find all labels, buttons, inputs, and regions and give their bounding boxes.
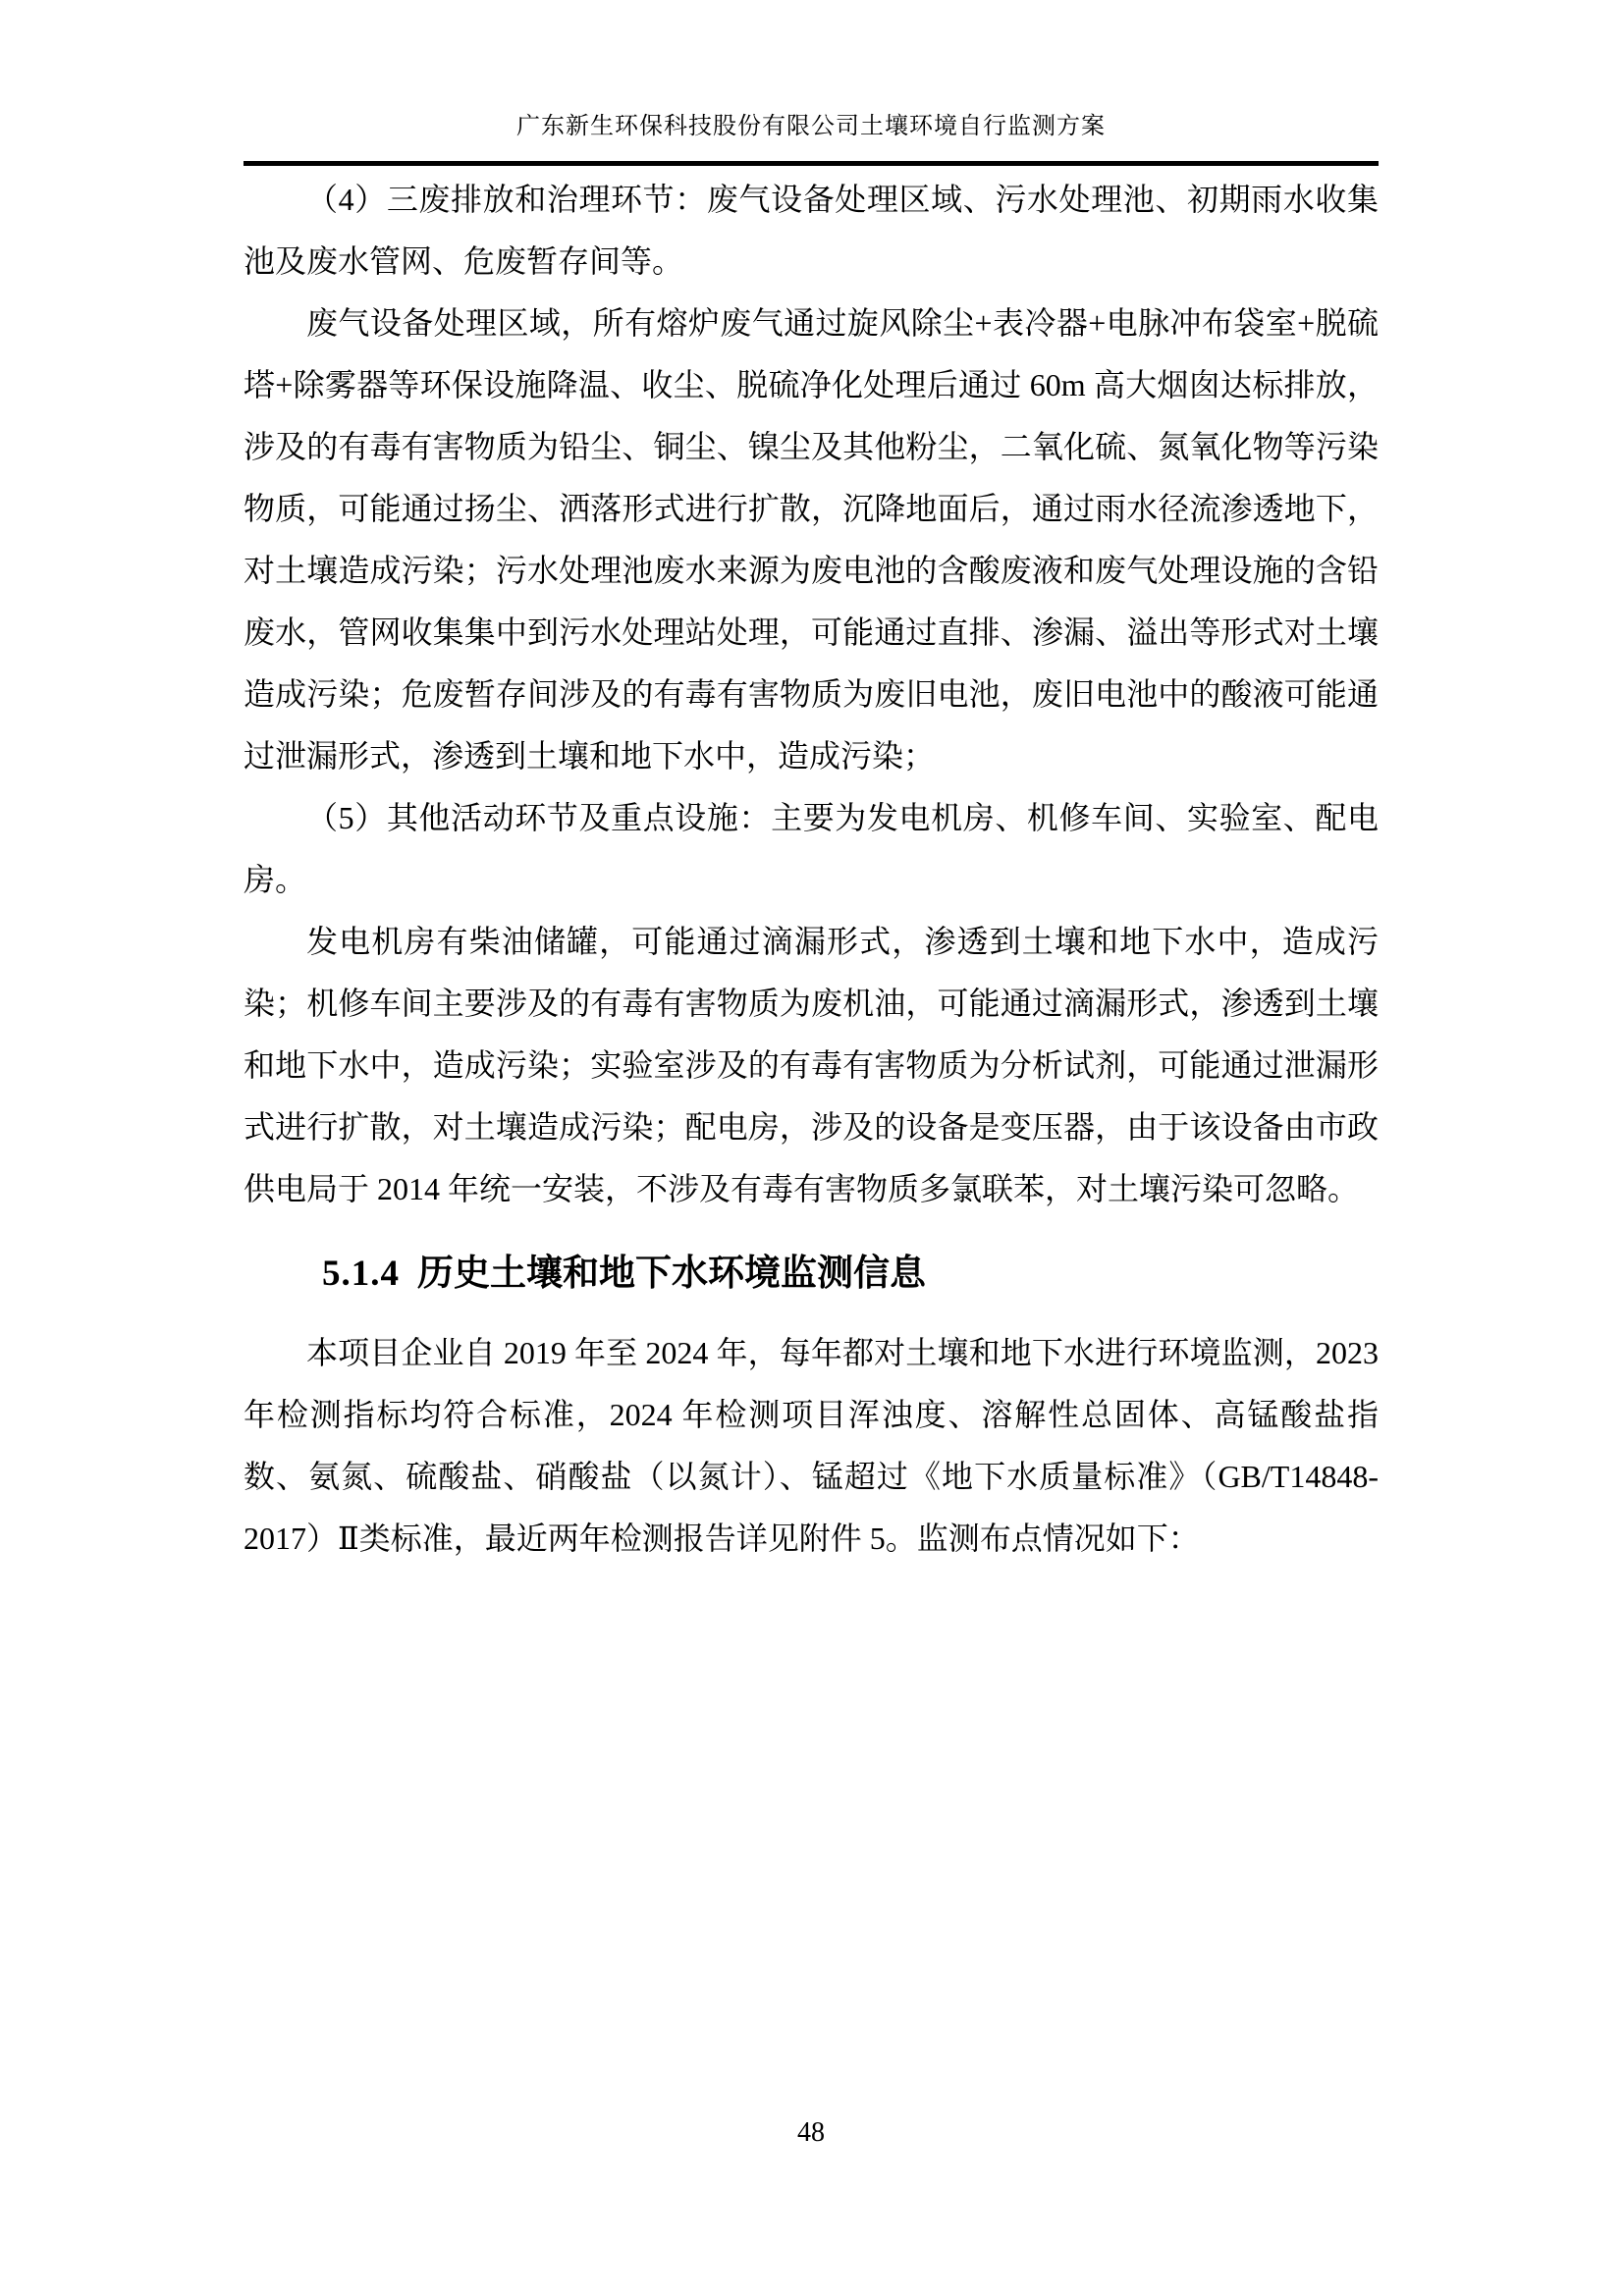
section-number: 5.1.4 [322, 1254, 400, 1294]
section-title: 历史土壤和地下水环境监测信息 [417, 1254, 926, 1294]
paragraph-generator-room-detail: 发电机房有柴油储罐，可能通过滴漏形式，渗透到土壤和地下水中，造成污染；机修车间主… [244, 911, 1379, 1220]
document-page: 广东新生环保科技股份有限公司土壤环境自行监测方案 （4）三废排放和治理环节：废气… [0, 0, 1624, 2296]
page-header: 广东新生环保科技股份有限公司土壤环境自行监测方案 [244, 110, 1379, 166]
paragraph-gas-treatment-detail: 废气设备处理区域，所有熔炉废气通过旋风除尘+表冷器+电脉冲布袋室+脱硫塔+除雾器… [244, 293, 1379, 787]
paragraph-monitoring-history: 本项目企业自 2019 年至 2024 年，每年都对土壤和地下水进行环境监测，2… [244, 1322, 1379, 1570]
header-title: 广东新生环保科技股份有限公司土壤环境自行监测方案 [244, 110, 1379, 143]
section-heading: 5.1.4历史土壤和地下水环境监测信息 [322, 1252, 1379, 1297]
header-divider [244, 161, 1379, 166]
paragraph-other-facilities: （5）其他活动环节及重点设施：主要为发电机房、机修车间、实验室、配电房。 [244, 787, 1379, 911]
page-footer: 48 [244, 2116, 1379, 2150]
document-body: （4）三废排放和治理环节：废气设备处理区域、污水处理池、初期雨水收集池及废水管网… [244, 169, 1379, 1570]
page-number: 48 [797, 2116, 825, 2150]
paragraph-waste-discharge: （4）三废排放和治理环节：废气设备处理区域、污水处理池、初期雨水收集池及废水管网… [244, 169, 1379, 293]
